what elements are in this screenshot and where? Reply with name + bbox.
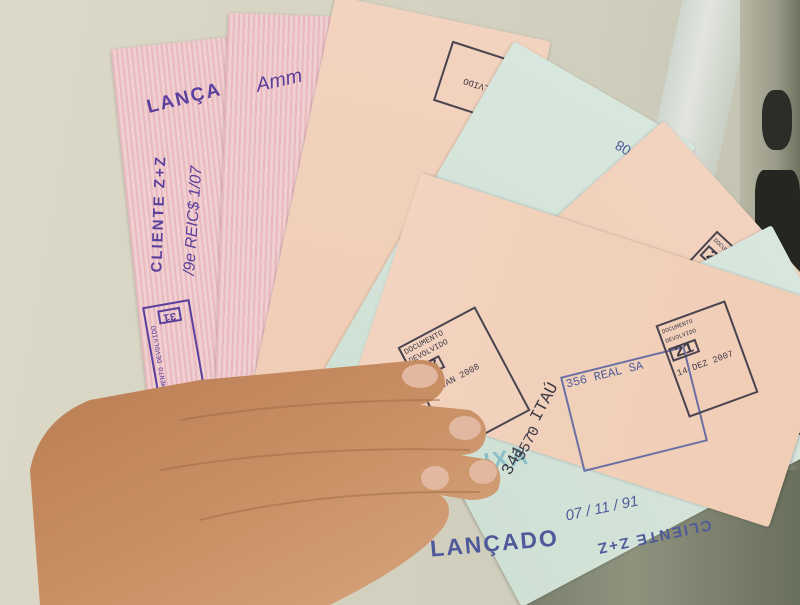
hand <box>0 0 800 605</box>
fingernail <box>402 364 438 388</box>
photo-scene: LANÇA CLIENTE Z+Z /9e REIC$ 1/07 DOCUMEN… <box>0 0 800 605</box>
fingernail <box>449 416 481 440</box>
fingernail <box>469 460 497 484</box>
fingernail <box>421 466 449 490</box>
